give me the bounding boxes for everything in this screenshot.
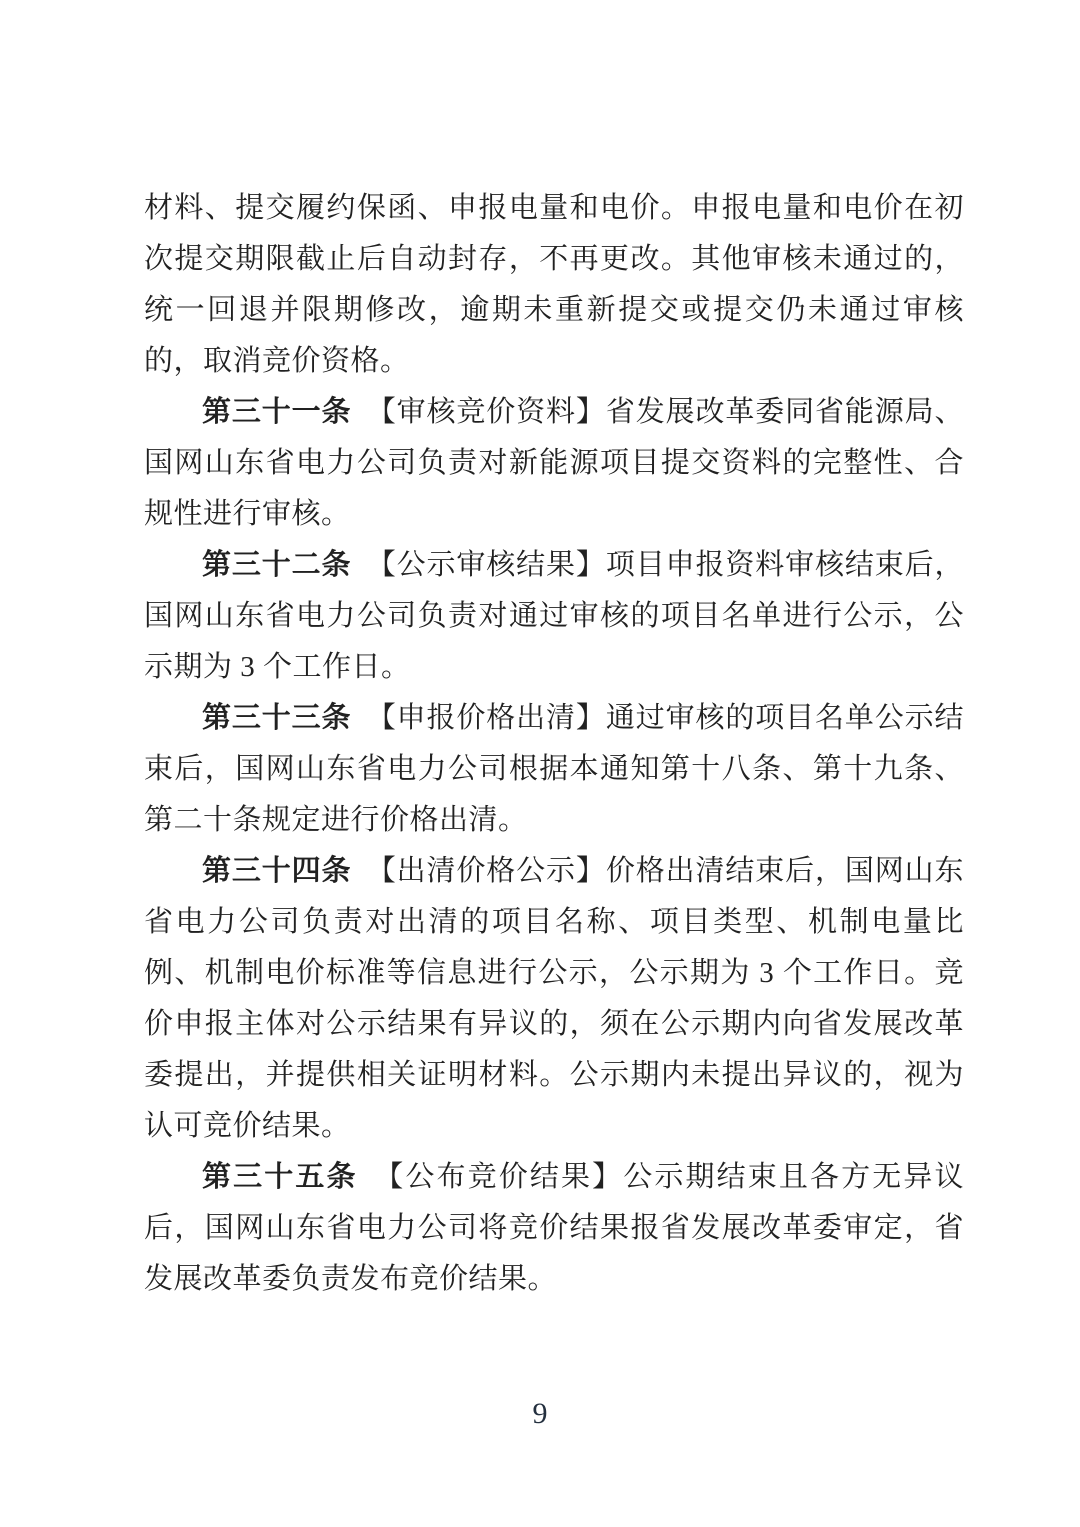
body-paragraph: 材料、提交履约保函、申报电量和电价。申报电量和电价在初次提交期限截止后自动封存，… [144,183,964,387]
article-number: 第三十四条 [202,855,351,887]
paragraph-text: 【出清价格公示】价格出清结束后，国网山东省电力公司负责对出清的项目名称、项目类型… [144,855,964,1142]
article-paragraph: 第三十一条 【审核竞价资料】省发展改革委同省能源局、国网山东省电力公司负责对新能… [144,387,964,540]
article-paragraph: 第三十二条 【公示审核结果】项目申报资料审核结束后，国网山东省电力公司负责对通过… [144,540,964,693]
page-number: 9 [0,1394,1080,1434]
article-number: 第三十五条 [202,1161,358,1193]
article-number: 第三十二条 [202,549,351,581]
paragraph-text: 材料、提交履约保函、申报电量和电价。申报电量和电价在初次提交期限截止后自动封存，… [144,192,964,377]
article-paragraph: 第三十三条 【申报价格出清】通过审核的项目名单公示结束后，国网山东省电力公司根据… [144,693,964,846]
article-paragraph: 第三十四条 【出清价格公示】价格出清结束后，国网山东省电力公司负责对出清的项目名… [144,846,964,1152]
article-number: 第三十三条 [202,702,351,734]
article-paragraph: 第三十五条 【公布竞价结果】公示期结束且各方无异议后，国网山东省电力公司将竞价结… [144,1152,964,1305]
article-number: 第三十一条 [202,396,351,428]
document-body: 材料、提交履约保函、申报电量和电价。申报电量和电价在初次提交期限截止后自动封存，… [144,183,964,1305]
document-page: 材料、提交履约保函、申报电量和电价。申报电量和电价在初次提交期限截止后自动封存，… [0,0,1080,1527]
